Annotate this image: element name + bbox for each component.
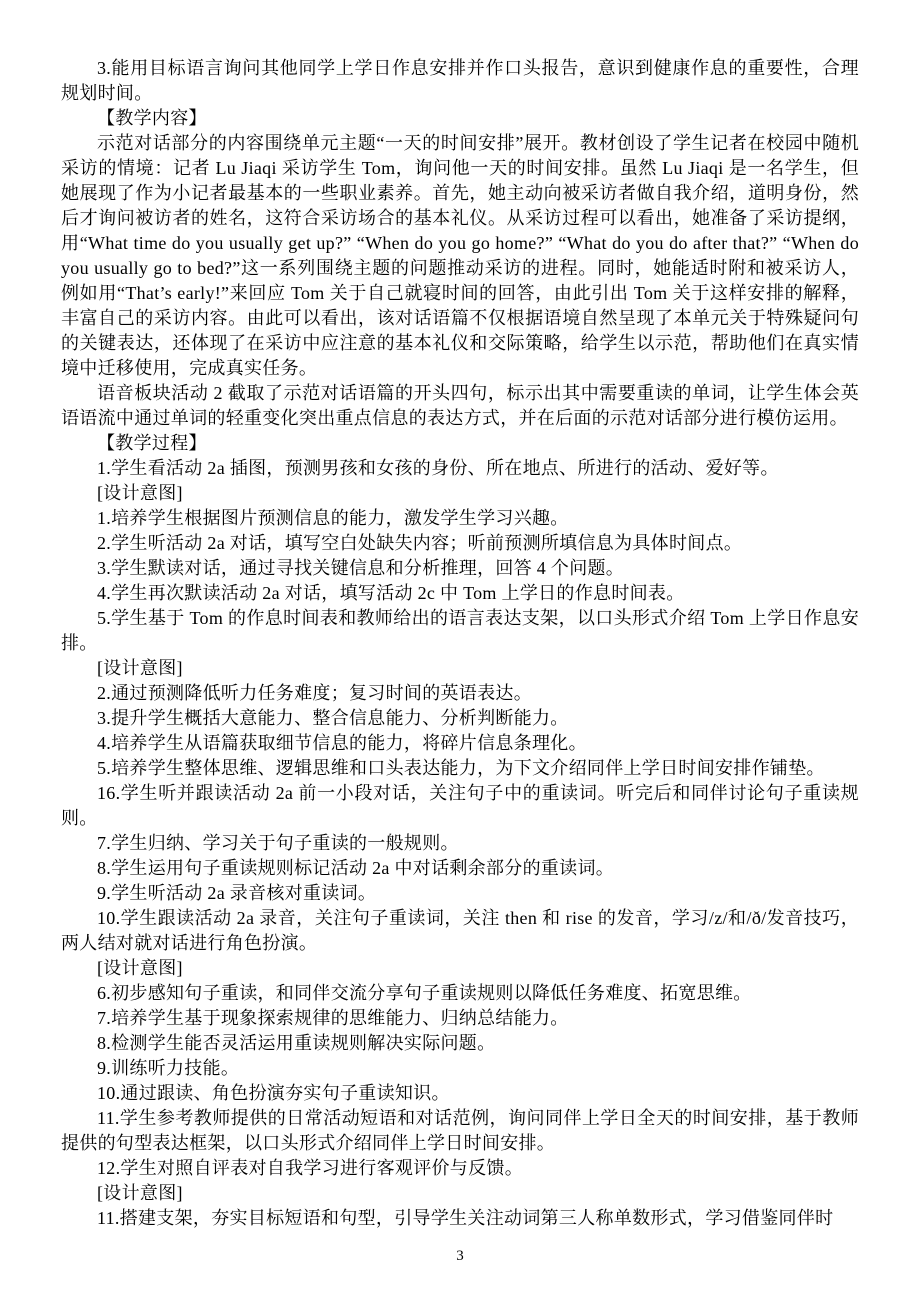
paragraph: 语音板块活动 2 截取了示范对话语篇的开头四句，标示出其中需要重读的单词，让学生… [61,381,859,431]
section-heading: 【教学内容】 [61,106,859,131]
paragraph: 2.学生听活动 2a 对话，填写空白处缺失内容；听前预测所填信息为具体时间点。 [61,531,859,556]
document-body: 3.能用目标语言询问其他同学上学日作息安排并作口头报告，意识到健康作息的重要性，… [61,56,859,1254]
document-page: 3.能用目标语言询问其他同学上学日作息安排并作口头报告，意识到健康作息的重要性，… [0,0,920,1302]
design-intent-label: [设计意图] [61,481,859,506]
paragraph: 10.通过跟读、角色扮演夯实句子重读知识。 [61,1081,859,1106]
design-intent-label: [设计意图] [61,656,859,681]
paragraph: 16.学生听并跟读活动 2a 前一小段对话，关注句子中的重读词。听完后和同伴讨论… [61,781,859,831]
paragraph: 7.学生归纳、学习关于句子重读的一般规则。 [61,831,859,856]
paragraph: 5.培养学生整体思维、逻辑思维和口头表达能力，为下文介绍同伴上学日时间安排作铺垫… [61,756,859,781]
paragraph: 8.检测学生能否灵活运用重读规则解决实际问题。 [61,1031,859,1056]
paragraph: 2.通过预测降低听力任务难度；复习时间的英语表达。 [61,681,859,706]
paragraph: 10.学生跟读活动 2a 录音，关注句子重读词，关注 then 和 rise 的… [61,906,859,956]
paragraph: 5.学生基于 Tom 的作息时间表和教师给出的语言表达支架，以口头形式介绍 To… [61,606,859,656]
paragraph: 11.搭建支架，夯实目标短语和句型，引导学生关注动词第三人称单数形式，学习借鉴同… [61,1206,859,1231]
paragraph: 12.学生对照自评表对自我学习进行客观评价与反馈。 [61,1156,859,1181]
paragraph: 3.能用目标语言询问其他同学上学日作息安排并作口头报告，意识到健康作息的重要性，… [61,56,859,106]
paragraph: 3.学生默读对话，通过寻找关键信息和分析推理，回答 4 个问题。 [61,556,859,581]
paragraph: 示范对话部分的内容围绕单元主题“一天的时间安排”展开。教材创设了学生记者在校园中… [61,131,859,381]
design-intent-label: [设计意图] [61,1181,859,1206]
paragraph: 9.训练听力技能。 [61,1056,859,1081]
section-heading: 【教学过程】 [61,431,859,456]
paragraph: 3.提升学生概括大意能力、整合信息能力、分析判断能力。 [61,706,859,731]
page-number: 3 [456,1248,464,1264]
paragraph: 7.培养学生基于现象探索规律的思维能力、归纳总结能力。 [61,1006,859,1031]
design-intent-label: [设计意图] [61,956,859,981]
paragraph: 1.培养学生根据图片预测信息的能力，激发学生学习兴趣。 [61,506,859,531]
paragraph: 4.学生再次默读活动 2a 对话，填写活动 2c 中 Tom 上学日的作息时间表… [61,581,859,606]
page-footer: 3 [0,1246,920,1266]
paragraph: 6.初步感知句子重读，和同伴交流分享句子重读规则以降低任务难度、拓宽思维。 [61,981,859,1006]
paragraph: 9.学生听活动 2a 录音核对重读词。 [61,881,859,906]
paragraph: 11.学生参考教师提供的日常活动短语和对话范例，询问同伴上学日全天的时间安排，基… [61,1106,859,1156]
paragraph: 8.学生运用句子重读规则标记活动 2a 中对话剩余部分的重读词。 [61,856,859,881]
paragraph: 1.学生看活动 2a 插图，预测男孩和女孩的身份、所在地点、所进行的活动、爱好等… [61,456,859,481]
paragraph: 4.培养学生从语篇获取细节信息的能力，将碎片信息条理化。 [61,731,859,756]
